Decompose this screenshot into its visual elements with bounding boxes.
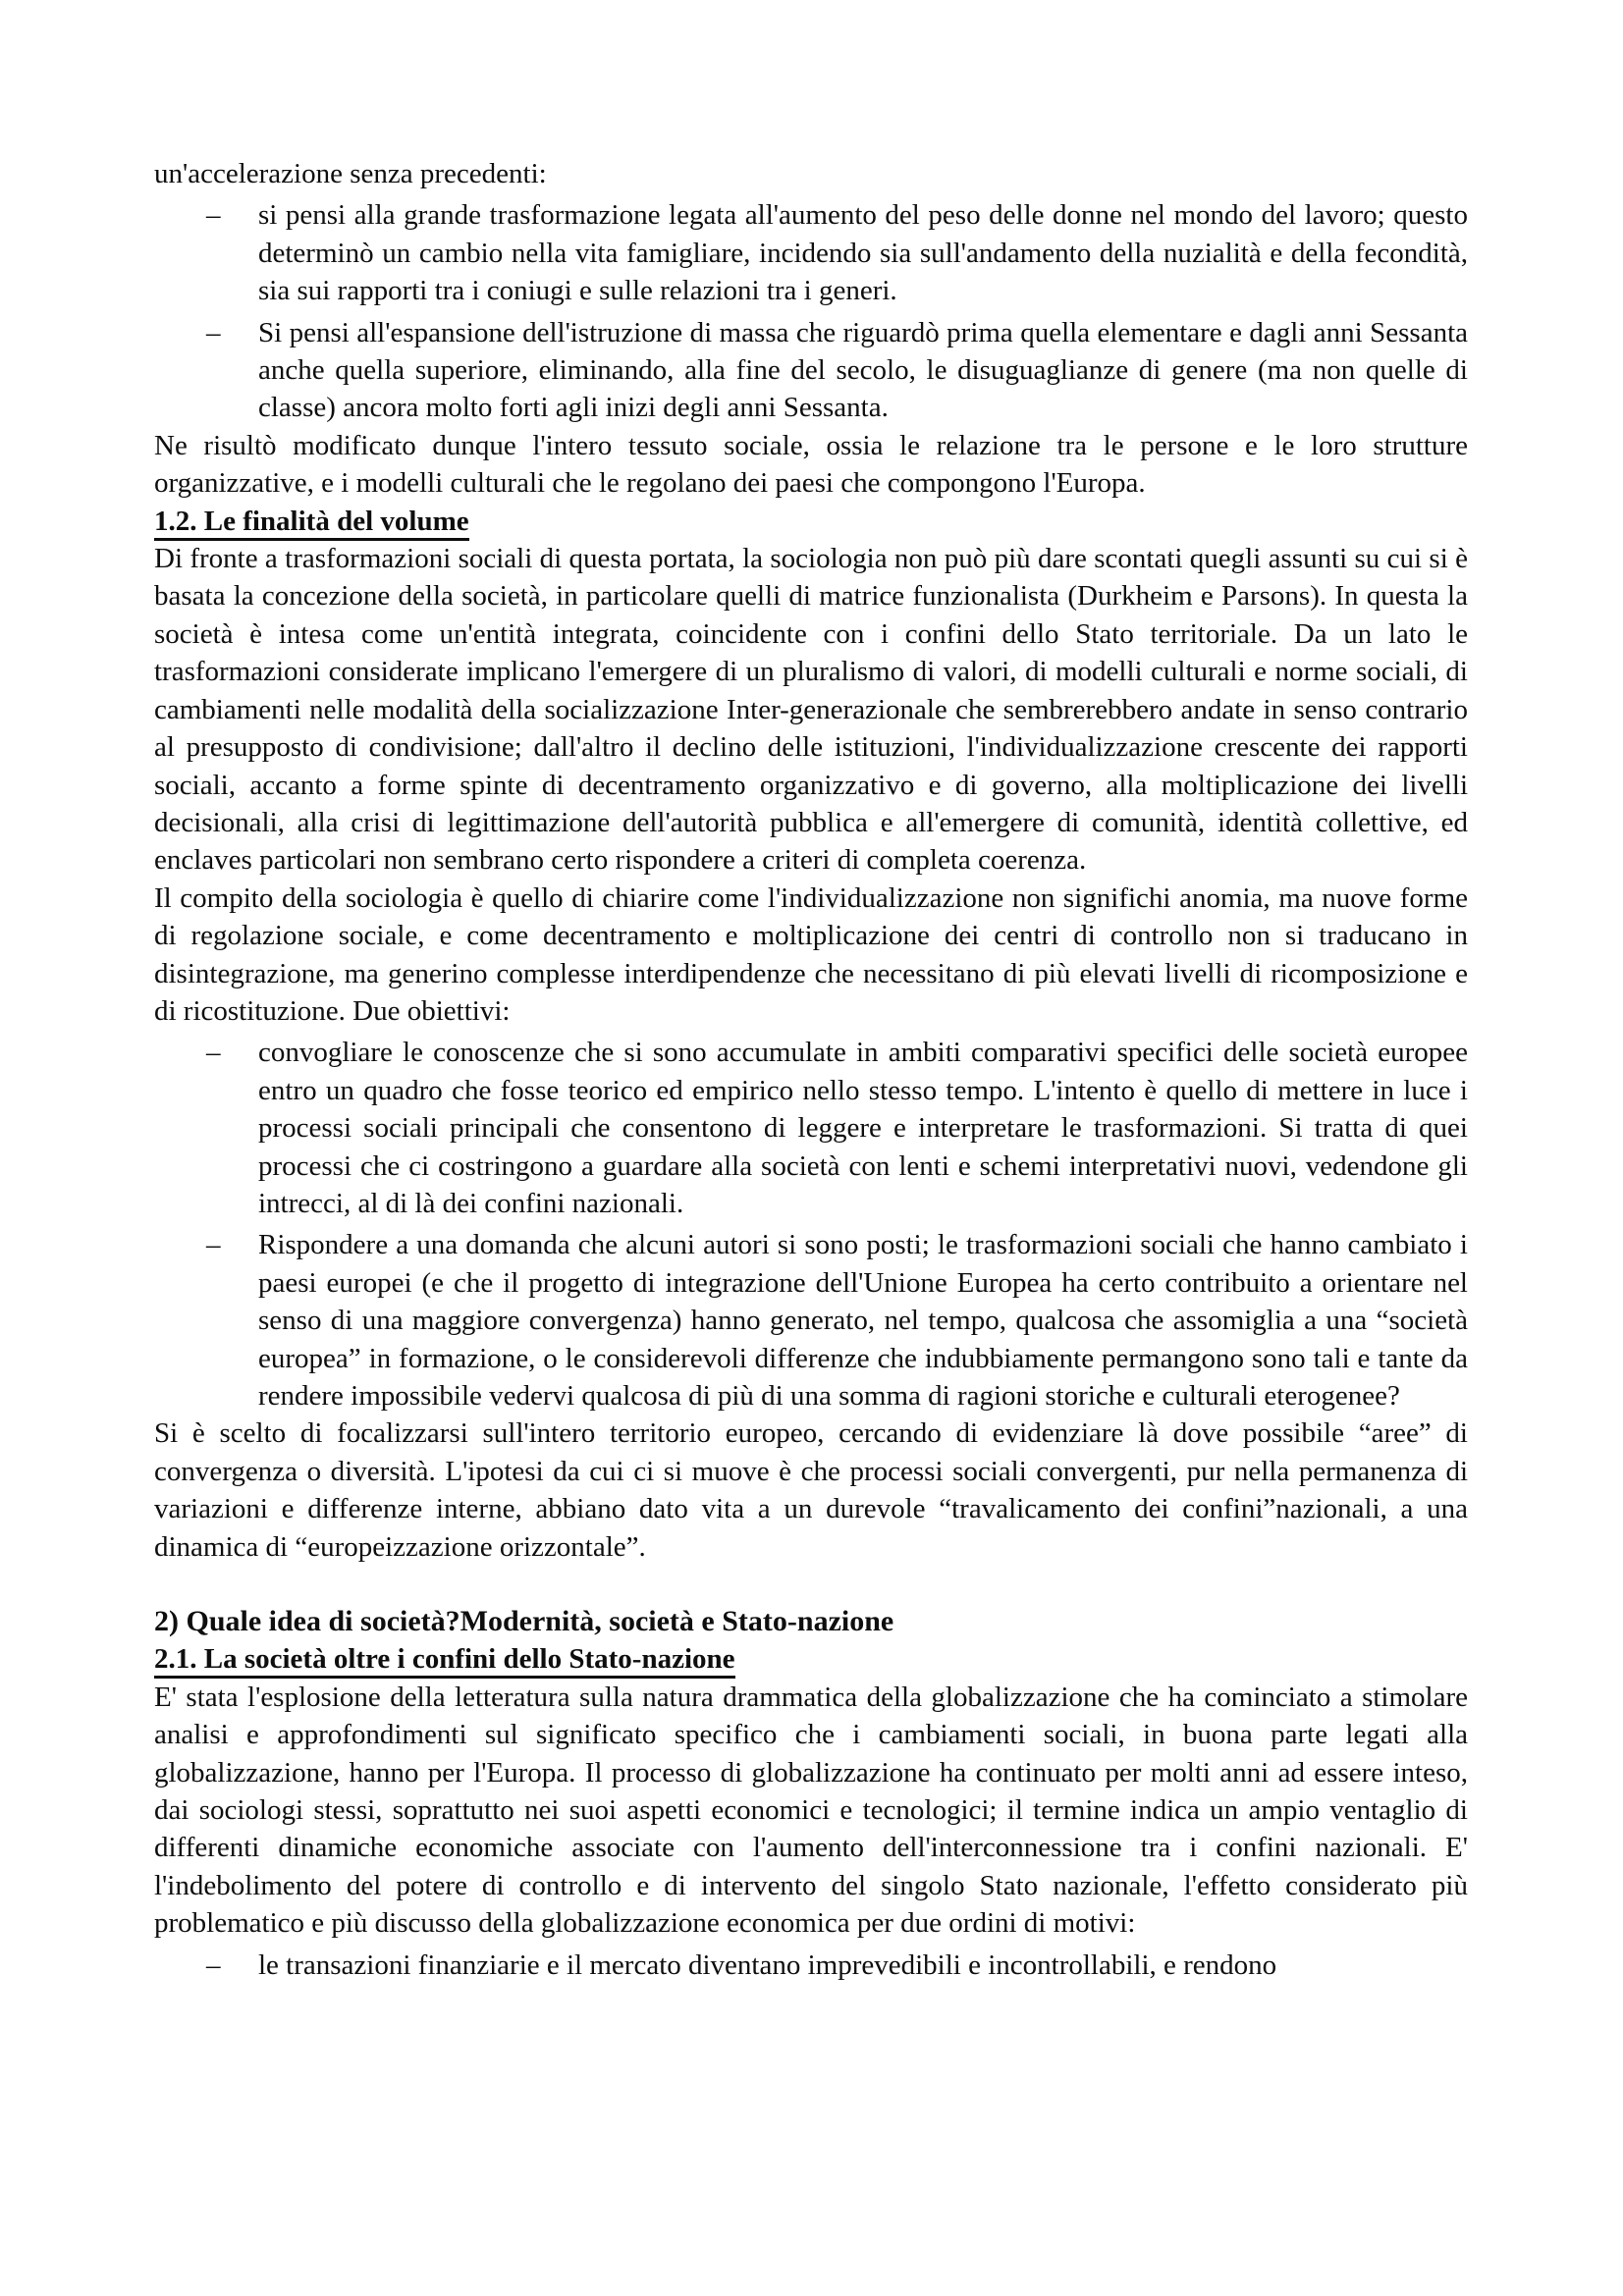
section-heading-2-1-text: 2.1. La società oltre i confini dello St…: [154, 1643, 735, 1679]
list-item-text: le transazioni finanziarie e il mercato …: [258, 1949, 1276, 1981]
list-item-text: Si pensi all'espansione dell'istruzione …: [258, 317, 1468, 424]
list-item-text: convogliare le conoscenze che si sono ac…: [258, 1037, 1468, 1219]
list-item: – Rispondere a una domanda che alcuni au…: [258, 1226, 1468, 1415]
section-heading-1-2: 1.2. Le finalità del volume: [154, 503, 1468, 540]
paragraph-continuation: un'accelerazione senza precedenti:: [154, 155, 1468, 192]
list-item-text: Rispondere a una domanda che alcuni auto…: [258, 1229, 1468, 1412]
paragraph: E' stata l'esplosione della letteratura …: [154, 1679, 1468, 1943]
section-heading-1-2-text: 1.2. Le finalità del volume: [154, 506, 469, 541]
bullet-dash-icon: –: [206, 1034, 221, 1071]
paragraph: Si è scelto di focalizzarsi sull'intero …: [154, 1415, 1468, 1566]
list-item: – si pensi alla grande trasformazione le…: [258, 196, 1468, 309]
list-item-text: si pensi alla grande trasformazione lega…: [258, 199, 1468, 306]
paragraph: Di fronte a trasformazioni sociali di qu…: [154, 540, 1468, 880]
section-heading-2-1: 2.1. La società oltre i confini dello St…: [154, 1640, 1468, 1678]
bullet-dash-icon: –: [206, 1947, 221, 1984]
document-page: un'accelerazione senza precedenti: – si …: [0, 0, 1623, 2296]
bullet-dash-icon: –: [206, 196, 221, 234]
section-heading-2: 2) Quale idea di società?Modernità, soci…: [154, 1603, 1468, 1640]
paragraph: Il compito della sociologia è quello di …: [154, 880, 1468, 1031]
bullet-dash-icon: –: [206, 1226, 221, 1263]
list-item: – Si pensi all'espansione dell'istruzion…: [258, 314, 1468, 427]
section-gap: [154, 1566, 1468, 1603]
bullet-dash-icon: –: [206, 314, 221, 351]
list-item: – convogliare le conoscenze che si sono …: [258, 1034, 1468, 1222]
list-item: – le transazioni finanziarie e il mercat…: [258, 1947, 1468, 1984]
paragraph: Ne risultò modificato dunque l'intero te…: [154, 427, 1468, 503]
